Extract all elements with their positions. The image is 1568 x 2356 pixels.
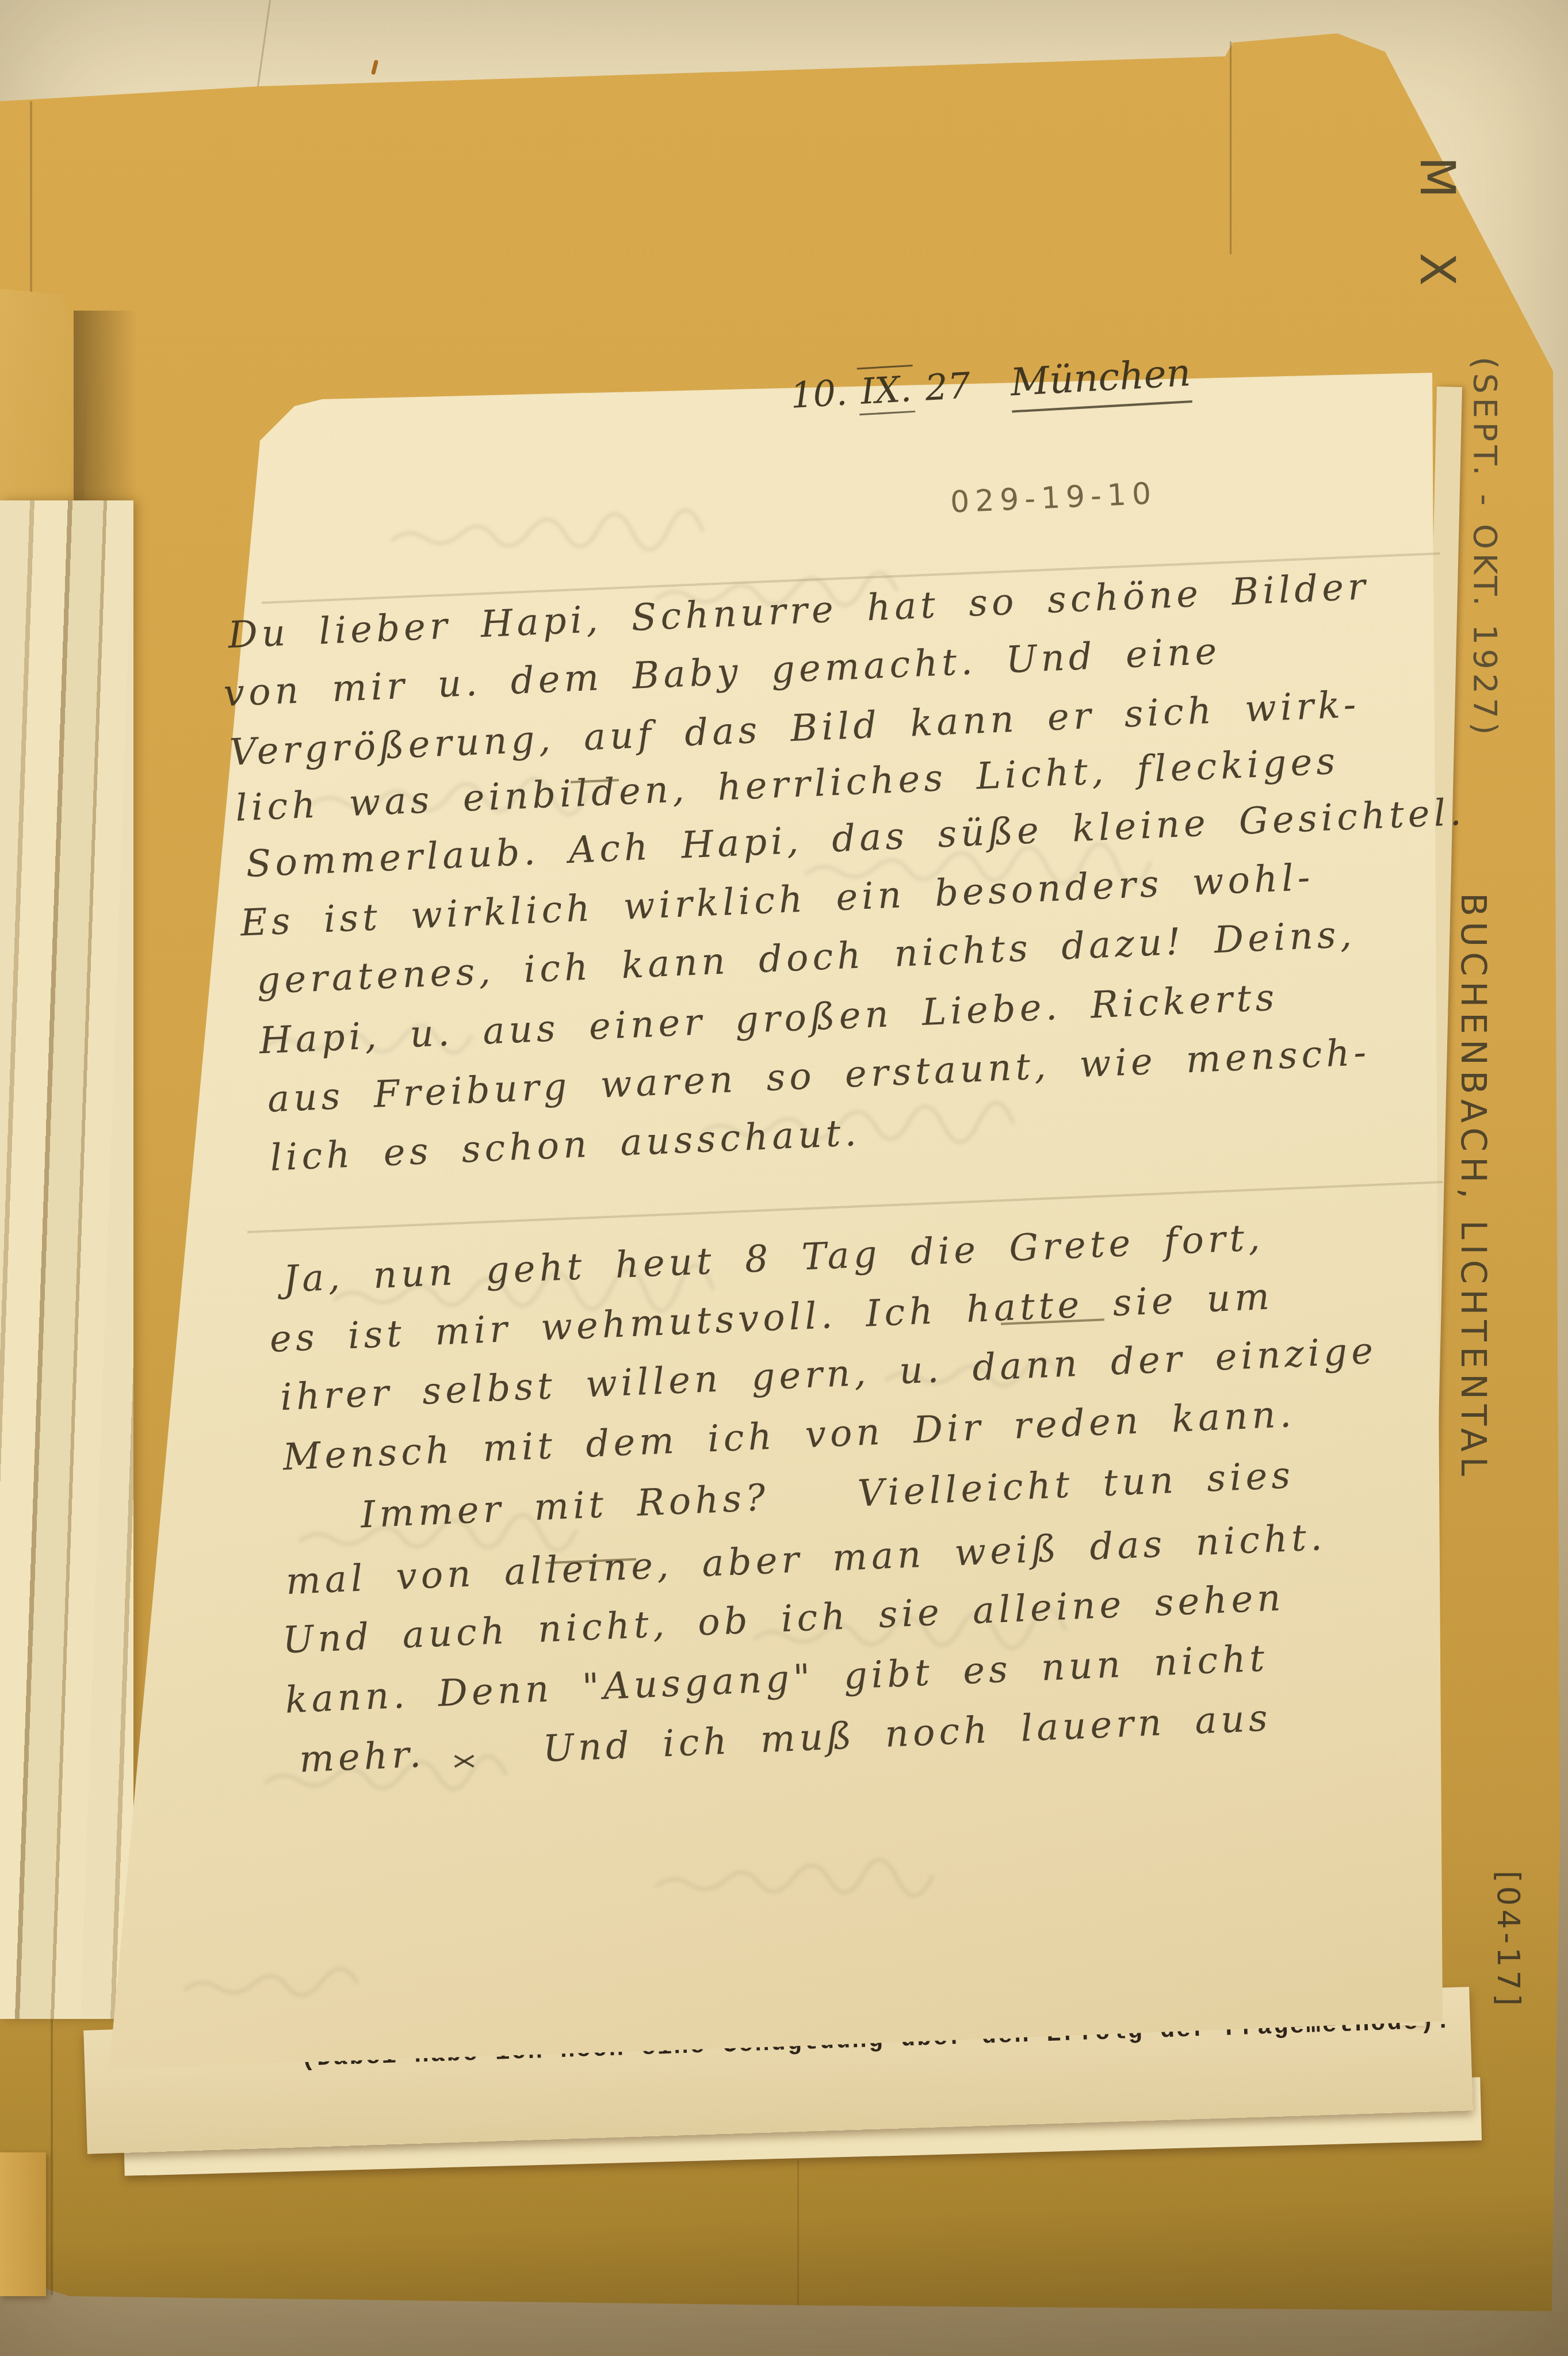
- left-stack-page-edges: [0, 500, 133, 2019]
- date-year: 27: [924, 365, 972, 409]
- date-place: München: [1009, 350, 1192, 412]
- date-day: 10.: [789, 371, 848, 416]
- folder-crease-bottom: [797, 2160, 799, 2305]
- letter-line: lich es schon ausschaut.: [269, 1112, 861, 1180]
- folder-label-volume: M X: [1409, 156, 1466, 305]
- archive-photo: M X (SEPT. - OKT. 1927) BUCHENBACH, LICH…: [0, 0, 1568, 2356]
- folder-label-code: [04-17]: [1490, 1871, 1527, 2009]
- strikeout-mark: [453, 1749, 476, 1773]
- date-month: IX.: [857, 365, 915, 415]
- left-stack-bottom-flap: [0, 2152, 46, 2296]
- dust-fleck: [371, 60, 378, 75]
- letter-body: Du lieber Hapi, Schnurre hat so schöne B…: [227, 560, 1548, 1936]
- folder-tab-crease: [1230, 41, 1232, 254]
